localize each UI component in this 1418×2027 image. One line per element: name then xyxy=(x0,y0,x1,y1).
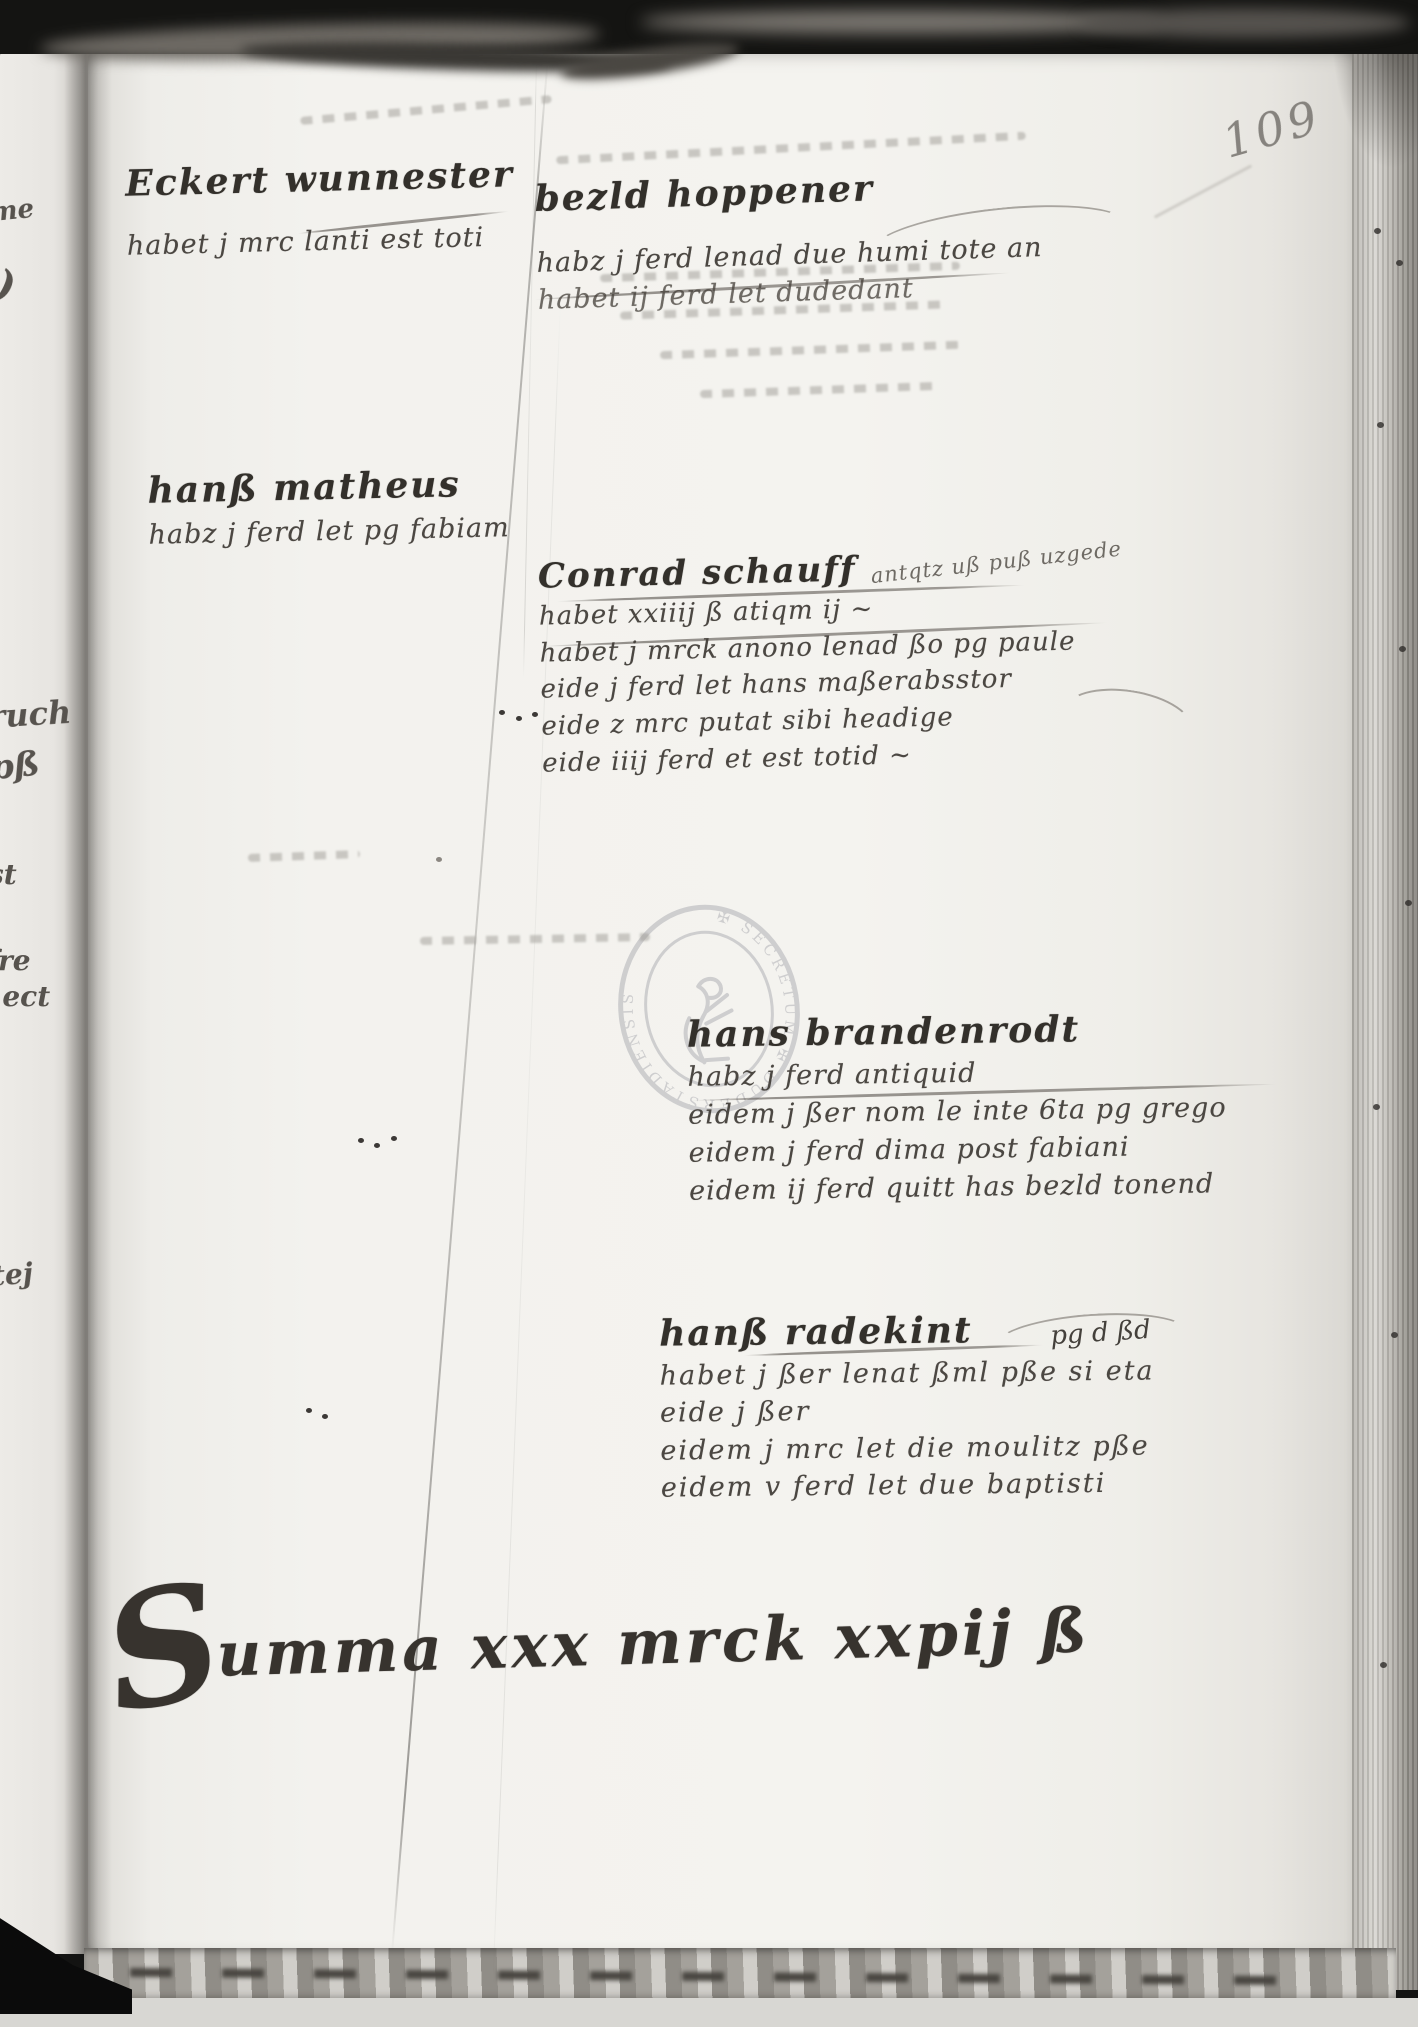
ink-speck xyxy=(391,1136,397,1141)
ink-speck xyxy=(532,712,538,717)
ink-speck xyxy=(374,1143,380,1148)
entry-line: eidem j ferd dima post fabiani xyxy=(688,1130,1227,1169)
margin-fragment: tej xyxy=(0,1257,34,1293)
ink-speck xyxy=(322,1414,328,1419)
ledger-entry: Eckert wunnester habet j mrc lanti est t… xyxy=(125,153,516,262)
top-edge-fiber xyxy=(1080,8,1410,38)
margin-fragment: st xyxy=(0,858,17,891)
page-edge-speck xyxy=(1396,260,1403,266)
ink-speck xyxy=(499,710,505,715)
scanner-bed xyxy=(0,1998,1418,2027)
page-edge-speck xyxy=(1405,900,1412,906)
ledger-entry: hans brandenrodt habz j ferd antiquid ei… xyxy=(687,1006,1228,1207)
entry-name: hanß matheus xyxy=(147,462,509,512)
margin-fragment: druch xyxy=(0,692,72,737)
page-edge-speck xyxy=(1374,228,1381,234)
entry-line: eidem j mrc let die moulitz pße xyxy=(660,1430,1155,1466)
page-edge-speck xyxy=(1391,1332,1398,1338)
page-edge-speck xyxy=(1377,422,1384,428)
ink-speck xyxy=(358,1138,364,1143)
margin-fragment: me xyxy=(0,194,36,228)
ledger-entry: hanß matheus habz j ferd let pg fabiam xyxy=(147,462,510,551)
entry-name: Conrad schauff xyxy=(538,549,857,596)
entry-line: eide j ßer xyxy=(660,1393,1155,1429)
entry-line: eidem v ferd let due baptisti xyxy=(661,1467,1156,1503)
ink-speck xyxy=(436,857,442,862)
summa-initial: S xyxy=(100,1596,228,1702)
ink-speck xyxy=(306,1408,312,1413)
manuscript-scan: 109 ✠ SECRETUM ✠ DUDERSTADIENSIS Eckert … xyxy=(0,0,1418,2027)
page-edge-speck xyxy=(1399,646,1406,652)
ledger-entry: Conrad schauffantqtz uß puß uzgede habet… xyxy=(538,543,1128,780)
margin-fragment: fre xyxy=(0,944,31,977)
ink-speck xyxy=(516,716,522,721)
margin-fragment: hect xyxy=(0,980,50,1013)
page-edge-speck xyxy=(1380,1662,1387,1668)
page-edge-speck xyxy=(1373,1104,1380,1110)
entry-name: Eckert wunnester xyxy=(125,153,514,204)
margin-fragment: pß xyxy=(0,744,42,789)
entry-name: hans brandenrodt xyxy=(687,1006,1226,1056)
book-page-block-edge xyxy=(1352,34,1418,1990)
